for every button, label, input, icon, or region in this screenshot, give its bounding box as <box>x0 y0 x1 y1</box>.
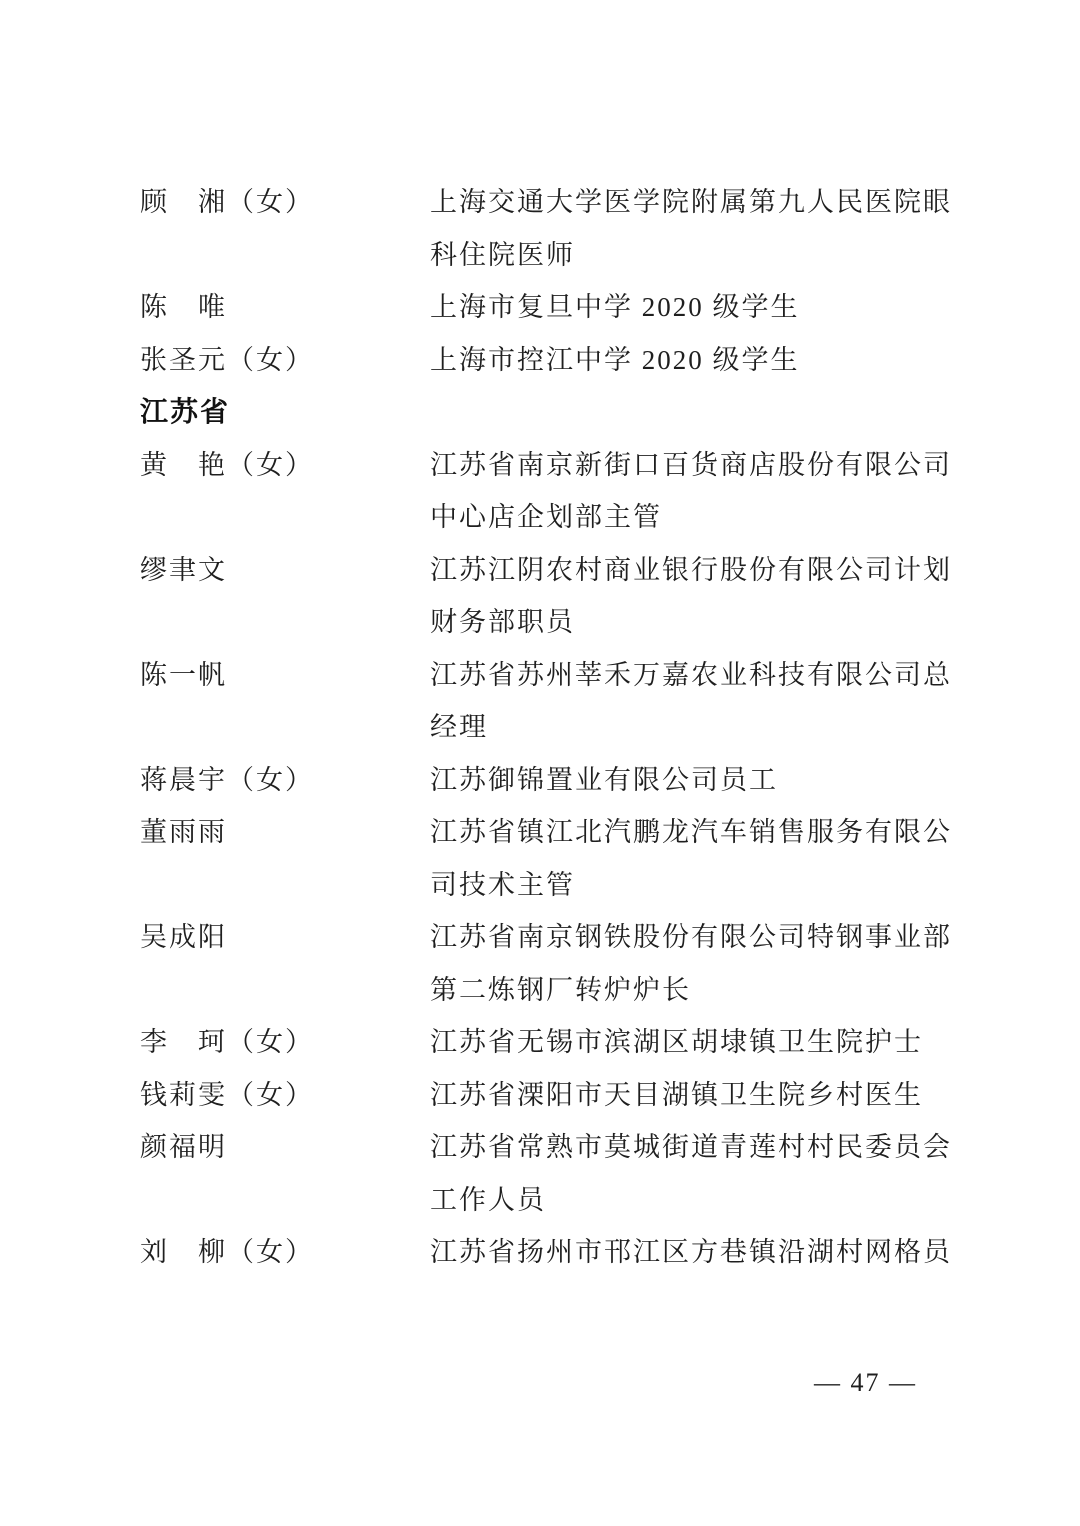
person-affiliation: 江苏御锦置业有限公司员工 <box>430 754 970 807</box>
person-affiliation: 江苏省镇江北汽鹏龙汽车销售服务有限公司技术主管 <box>430 806 970 911</box>
person-entry-row: 张圣元（女）上海市控江中学 2020 级学生 <box>140 334 970 387</box>
person-name: 陈一帆 <box>140 649 430 702</box>
person-entry-row: 陈 唯上海市复旦中学 2020 级学生 <box>140 281 970 334</box>
affiliation-line: 江苏省镇江北汽鹏龙汽车销售服务有限公 <box>430 806 970 859</box>
affiliation-line: 第二炼钢厂转炉炉长 <box>430 964 970 1017</box>
person-name: 缪聿文 <box>140 544 430 597</box>
person-affiliation: 上海市控江中学 2020 级学生 <box>430 334 970 387</box>
person-affiliation: 江苏省无锡市滨湖区胡埭镇卫生院护士 <box>430 1016 970 1069</box>
page-number: — 47 — <box>814 1368 917 1398</box>
person-entry-row: 钱莉雯（女）江苏省溧阳市天目湖镇卫生院乡村医生 <box>140 1069 970 1122</box>
person-affiliation: 江苏省扬州市邗江区方巷镇沿湖村网格员 <box>430 1226 970 1279</box>
person-affiliation: 上海交通大学医学院附属第九人民医院眼科住院医师 <box>430 176 970 281</box>
affiliation-line: 江苏省溧阳市天目湖镇卫生院乡村医生 <box>430 1069 970 1122</box>
affiliation-line: 江苏省无锡市滨湖区胡埭镇卫生院护士 <box>430 1016 970 1069</box>
person-entry-row: 董雨雨江苏省镇江北汽鹏龙汽车销售服务有限公司技术主管 <box>140 806 970 911</box>
person-name: 钱莉雯（女） <box>140 1069 430 1122</box>
person-name: 颜福明 <box>140 1121 430 1174</box>
affiliation-line: 工作人员 <box>430 1174 970 1227</box>
person-affiliation: 江苏省溧阳市天目湖镇卫生院乡村医生 <box>430 1069 970 1122</box>
affiliation-line: 上海交通大学医学院附属第九人民医院眼 <box>430 176 970 229</box>
person-name: 陈 唯 <box>140 281 430 334</box>
affiliation-line: 财务部职员 <box>430 596 970 649</box>
affiliation-line: 江苏江阴农村商业银行股份有限公司计划 <box>430 544 970 597</box>
affiliation-line: 江苏省扬州市邗江区方巷镇沿湖村网格员 <box>430 1226 970 1279</box>
person-affiliation: 江苏省苏州莘禾万嘉农业科技有限公司总经理 <box>430 649 970 754</box>
affiliation-line: 江苏省苏州莘禾万嘉农业科技有限公司总 <box>430 649 970 702</box>
province-section-header: 江苏省 <box>140 386 970 439</box>
person-affiliation: 上海市复旦中学 2020 级学生 <box>430 281 970 334</box>
affiliation-line: 中心店企划部主管 <box>430 491 970 544</box>
person-entry-row: 吴成阳江苏省南京钢铁股份有限公司特钢事业部第二炼钢厂转炉炉长 <box>140 911 970 1016</box>
affiliation-line: 司技术主管 <box>430 859 970 912</box>
person-entry-row: 蒋晨宇（女）江苏御锦置业有限公司员工 <box>140 754 970 807</box>
affiliation-line: 江苏省南京钢铁股份有限公司特钢事业部 <box>430 911 970 964</box>
affiliation-line: 江苏省常熟市莫城街道青莲村村民委员会 <box>430 1121 970 1174</box>
person-affiliation: 江苏省南京新街口百货商店股份有限公司中心店企划部主管 <box>430 439 970 544</box>
person-name: 张圣元（女） <box>140 334 430 387</box>
person-name: 刘 柳（女） <box>140 1226 430 1279</box>
affiliation-line: 科住院医师 <box>430 229 970 282</box>
person-name: 蒋晨宇（女） <box>140 754 430 807</box>
person-entry-row: 缪聿文江苏江阴农村商业银行股份有限公司计划财务部职员 <box>140 544 970 649</box>
person-entry-row: 陈一帆江苏省苏州莘禾万嘉农业科技有限公司总经理 <box>140 649 970 754</box>
person-entry-row: 李 珂（女）江苏省无锡市滨湖区胡埭镇卫生院护士 <box>140 1016 970 1069</box>
person-entry-row: 刘 柳（女）江苏省扬州市邗江区方巷镇沿湖村网格员 <box>140 1226 970 1279</box>
person-entry-row: 顾 湘（女）上海交通大学医学院附属第九人民医院眼科住院医师 <box>140 176 970 281</box>
person-affiliation: 江苏省南京钢铁股份有限公司特钢事业部第二炼钢厂转炉炉长 <box>430 911 970 1016</box>
affiliation-line: 上海市控江中学 2020 级学生 <box>430 334 970 387</box>
honor-roll-list: 顾 湘（女）上海交通大学医学院附属第九人民医院眼科住院医师陈 唯上海市复旦中学 … <box>140 176 970 1279</box>
person-name: 吴成阳 <box>140 911 430 964</box>
person-entry-row: 颜福明江苏省常熟市莫城街道青莲村村民委员会工作人员 <box>140 1121 970 1226</box>
person-affiliation: 江苏江阴农村商业银行股份有限公司计划财务部职员 <box>430 544 970 649</box>
person-affiliation: 江苏省常熟市莫城街道青莲村村民委员会工作人员 <box>430 1121 970 1226</box>
person-entry-row: 黄 艳（女）江苏省南京新街口百货商店股份有限公司中心店企划部主管 <box>140 439 970 544</box>
person-name: 顾 湘（女） <box>140 176 430 229</box>
affiliation-line: 上海市复旦中学 2020 级学生 <box>430 281 970 334</box>
affiliation-line: 江苏省南京新街口百货商店股份有限公司 <box>430 439 970 492</box>
person-name: 黄 艳（女） <box>140 439 430 492</box>
affiliation-line: 经理 <box>430 701 970 754</box>
affiliation-line: 江苏御锦置业有限公司员工 <box>430 754 970 807</box>
person-name: 董雨雨 <box>140 806 430 859</box>
person-name: 李 珂（女） <box>140 1016 430 1069</box>
document-page: 顾 湘（女）上海交通大学医学院附属第九人民医院眼科住院医师陈 唯上海市复旦中学 … <box>0 0 1080 1526</box>
